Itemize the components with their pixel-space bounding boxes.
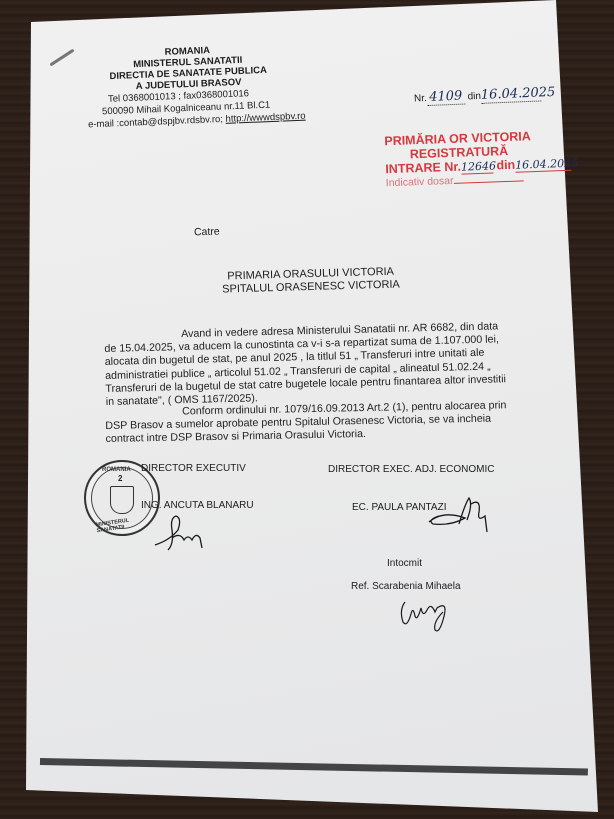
left-signature-icon bbox=[150, 510, 210, 555]
left-signatory-title: DIRECTOR EXECUTIV bbox=[141, 463, 246, 474]
body-paragraph-2: Conform ordinului nr. 1079/16.09.2013 Ar… bbox=[105, 399, 507, 446]
body-paragraph-1: Avand in vedere adresa Ministerului Sana… bbox=[104, 320, 506, 409]
prepared-by-label: Intocmit bbox=[387, 558, 422, 569]
nr-label: Nr. bbox=[414, 93, 427, 105]
letterhead: ROMANIA MINISTERUL SANATATII DIRECTIA DE… bbox=[102, 43, 274, 94]
intrare-date: 16.04.2025 bbox=[515, 157, 571, 173]
prepared-signature-icon bbox=[397, 590, 457, 638]
din-label: din bbox=[467, 91, 481, 103]
date-value: 16.04.2025 bbox=[481, 85, 542, 103]
intrare-label: INTRARE Nr. bbox=[385, 160, 461, 177]
indicativ-label: Indicativ dosar bbox=[386, 175, 454, 189]
nr-value: 4109 bbox=[427, 89, 466, 107]
stamp-number: 2 bbox=[118, 474, 122, 483]
intrare-value: 12646 bbox=[461, 159, 493, 174]
recipient-block: PRIMARIA ORASULUI VICTORIA SPITALUL ORAS… bbox=[222, 266, 400, 297]
catre-label: Catre bbox=[194, 226, 220, 239]
registry-stamp: PRIMĂRIA OR VICTORIA REGISTRATURĂ INTRAR… bbox=[384, 128, 572, 189]
intrare-din-label: din bbox=[496, 158, 515, 173]
coat-of-arms-icon bbox=[110, 486, 134, 514]
indicativ-value bbox=[454, 180, 524, 183]
right-signature-icon bbox=[425, 494, 495, 536]
right-signatory-title: DIRECTOR EXEC. ADJ. ECONOMIC bbox=[328, 464, 495, 475]
stamp-top-text: ROMANIA bbox=[102, 467, 131, 473]
